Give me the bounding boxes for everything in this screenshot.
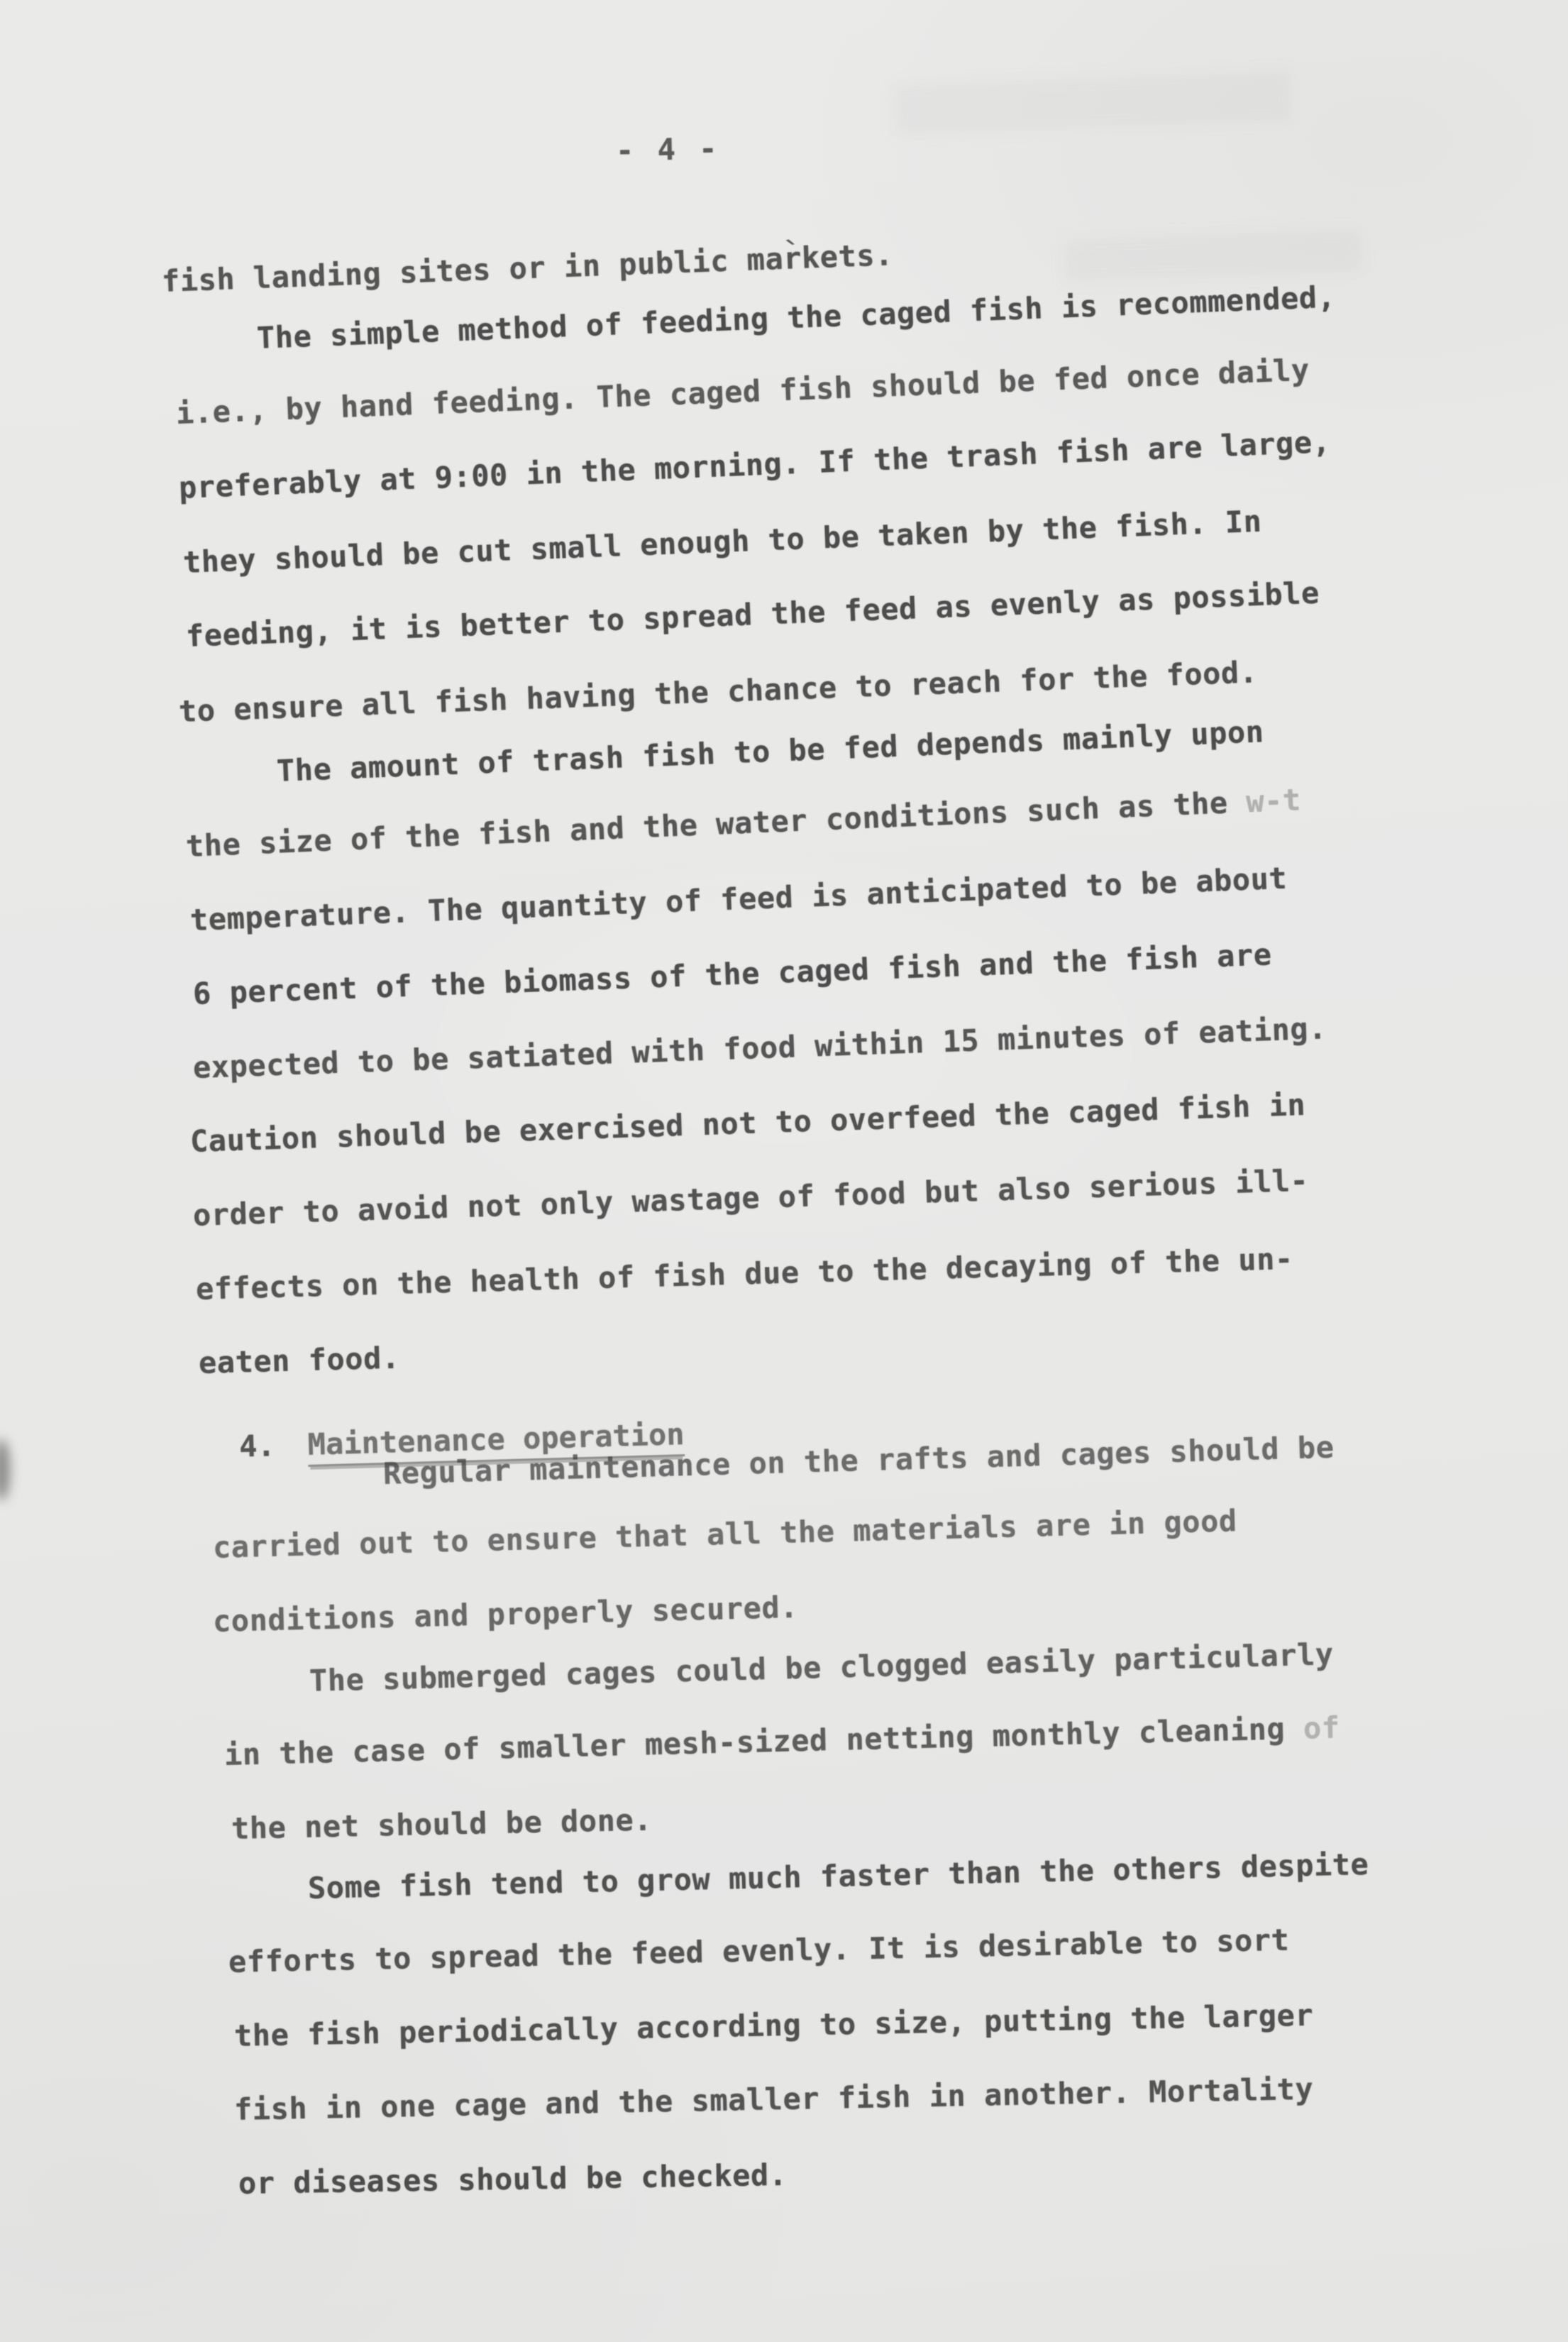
section-number: 4.: [238, 1428, 275, 1463]
text-line-15: eaten food.: [198, 1341, 400, 1380]
faded-text-fragment: of: [1303, 1710, 1340, 1746]
scanned-document-page: { "page_number": "- 4 -", "colors": { "p…: [0, 0, 1568, 2342]
section-heading: 4.Maintenance operation: [202, 1382, 685, 1470]
page-number: - 4 -: [616, 131, 720, 167]
faded-text-fragment: w-t: [1245, 782, 1301, 819]
paper-background: [0, 0, 1568, 2342]
